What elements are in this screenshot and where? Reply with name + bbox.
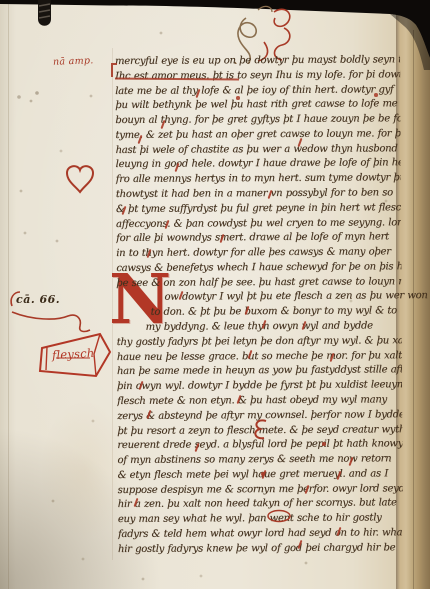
manuscript-text-block: mercyful eye is eu up on þe dowtyr þu ma… bbox=[0, 0, 430, 589]
red-paraph-mark bbox=[252, 418, 272, 440]
red-ink-dot bbox=[261, 472, 265, 476]
red-ink-dot bbox=[374, 93, 378, 97]
red-circle-mark bbox=[266, 508, 292, 524]
red-ink-dot bbox=[322, 442, 326, 446]
red-ink-dot bbox=[236, 96, 240, 100]
rubric-bracket bbox=[111, 63, 113, 77]
manuscript-text-line: hir gostly fadyrys knew þe wyl of god þe… bbox=[118, 540, 403, 557]
manuscript-photo: nā amp. cā. 66. fleysch N mercyful eye i… bbox=[0, 0, 430, 589]
